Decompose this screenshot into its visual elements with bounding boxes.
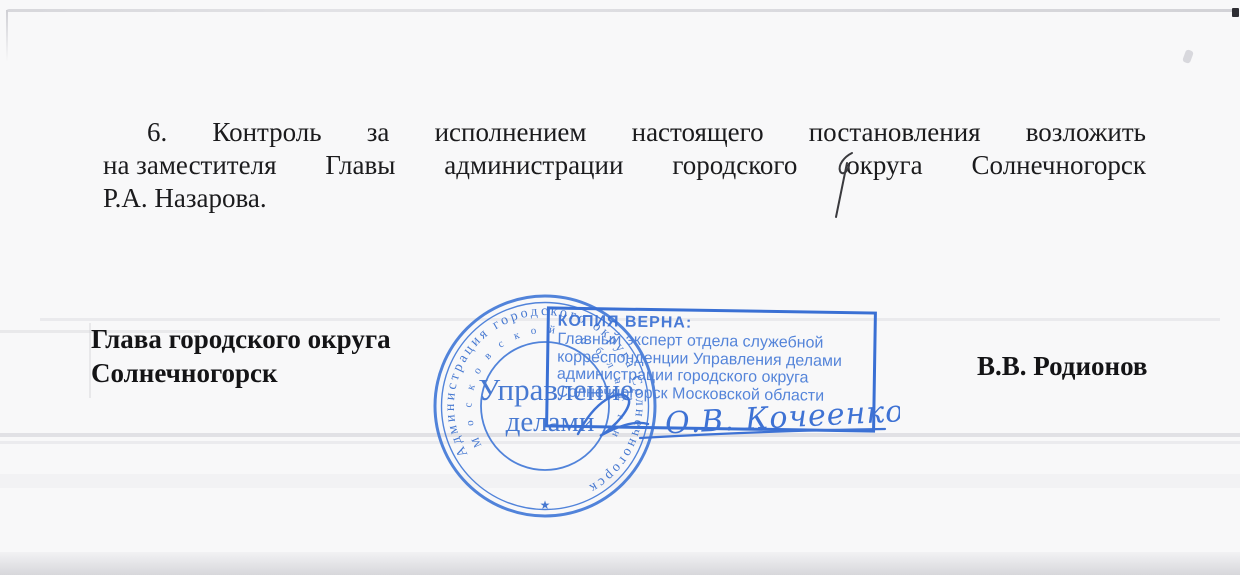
word: исполнением [435,116,587,149]
word: 6. [147,116,167,149]
signature-flourish [578,395,648,436]
scan-artifact-speck [1232,8,1239,17]
scan-artifact-bottom-band [0,552,1240,575]
word: Контроль [212,116,321,149]
signatory-title: Глава городского округа Солнечногорск [91,322,391,390]
scanned-document-page: 6.Контрользаисполнениемнастоящегопостано… [0,0,1240,575]
word: Главы [325,149,395,182]
word: на заместителя [103,149,276,182]
word: городского [672,149,797,182]
word: за [367,116,390,149]
word: Р.А. Назарова. [103,182,267,215]
scan-artifact-top-edge [6,9,1234,12]
signatory-title-line1: Глава городского округа [91,322,391,356]
scan-artifact-left-edge [6,10,8,62]
word: администрации [444,149,623,182]
paragraph-line: Р.А. Назарова. [103,182,1146,215]
word: Солнечногорск [972,149,1146,182]
word: возложить [1026,116,1146,149]
signatory-name: В.В. Родионов [977,351,1148,382]
word: настоящего [632,116,764,149]
signatory-title-line2: Солнечногорск [91,356,391,390]
paragraph-line: 6.Контрользаисполнениемнастоящегопостано… [103,116,1146,149]
seal-star-icon: ★ [540,498,551,512]
paragraph: 6.Контрользаисполнениемнастоящегопостано… [103,116,1146,215]
handwritten-signature: О.В. Кочеенко [540,370,900,460]
paragraph-line: на заместителяГлавыадминистрациигородско… [103,149,1146,182]
scan-artifact-smudge [1182,49,1194,64]
pen-mark [820,140,870,230]
